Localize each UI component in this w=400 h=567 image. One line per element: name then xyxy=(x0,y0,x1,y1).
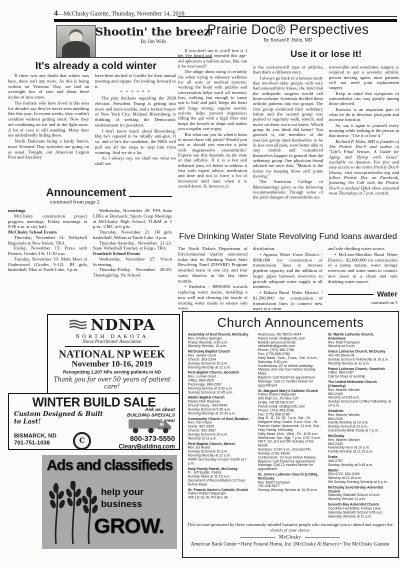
church-detail-line: Worship at 11 a.m. xyxy=(188,437,252,441)
website: ClearyBuilding.com xyxy=(119,443,175,450)
church-detail-line: Morning Worship at 11 a.m. xyxy=(188,366,252,370)
church-detail-line: Daily Mass: Tues., Thurs., Sat., 8 a.m.;… xyxy=(258,356,322,364)
church-entry: First Baptist Church, Goodrich Rev. Lonn… xyxy=(188,371,252,394)
church-entry: Goodrich Rev. Warren Winsler884-2440Fami… xyxy=(328,409,392,432)
announcement-item: Thursday-Friday, November 28-29: Thanksg… xyxy=(93,267,172,278)
article-paragraph: So, say it again to yourself every morni… xyxy=(329,123,399,139)
article-paragraph: • Agassiz Water Users District - $996,00… xyxy=(253,251,323,289)
church-detail-line: Call for times of worship xyxy=(328,375,392,379)
church-entry: St. Martin Lutheran Church, Anamoose Rev… xyxy=(328,333,392,349)
winter-ad-subtitle: Custom Designed & Built to Last! xyxy=(14,410,112,425)
article-paragraph: irreversible and sometimes surgery is re… xyxy=(329,64,399,90)
church-lines: Rev. Warren Winsler884-2440Family Worshi… xyxy=(328,413,392,433)
cleary-logo-icon: C xyxy=(73,432,91,450)
sponsor-text: This section sponsored by these communit… xyxy=(187,522,393,533)
church-detail-line: Worship Service, 10 a.m. xyxy=(188,345,252,349)
church-detail-line: Marriage: Call 12 months before for appo… xyxy=(258,464,322,472)
article-paragraph: The North Dakota Department of Environme… xyxy=(178,246,248,284)
church-entry: Grace Lutheran Church, McClusky 402 4th … xyxy=(328,350,392,366)
prairie-doc-byline: By Richard P. Holm, MD xyxy=(178,38,398,44)
church-lines: Rev. Warren Winsler884-2440Fellowship Ho… xyxy=(328,438,392,454)
article-paragraph: is the cool-yet-stiff type of arthritis,… xyxy=(253,64,323,74)
article-paragraph: If there was any doubt that winter was h… xyxy=(8,73,89,100)
article-paragraph: If you don't use it, you'll lose it. I b… xyxy=(178,48,247,69)
ndnpa-org-line2: Nurse Practitioner Association xyxy=(48,340,176,345)
announcement-title: Announcement xyxy=(46,188,126,199)
ndnpa-headline: NATIONAL NP WEEK xyxy=(48,348,176,359)
church-detail-line: Sundays: 10:30 a.m., 2nd and 4th Sunday … xyxy=(258,448,322,456)
church-entry: Drake 465-2787Sunday Worship at 9:45 a.m… xyxy=(328,456,392,468)
church-detail-line: Sunday School and Coffee Fellowship at 1… xyxy=(328,400,392,408)
church-detail-line: Saturday Worship at 11 a.m. xyxy=(328,515,392,519)
article-paragraph: Exercise is an important part of what we… xyxy=(329,107,399,123)
announcement-item: Thursday-Saturday, November 21-23: State… xyxy=(93,240,172,251)
announcement-item: Thursday, November 21: JH girls basketba… xyxy=(93,230,172,241)
church-title: Church Announcements xyxy=(183,315,398,330)
article-paragraph: As I always say, we shall see what we sh… xyxy=(95,156,176,167)
issue-line: —McClusky Gazette, Thursday, November 14… xyxy=(58,10,185,17)
church-entry: First Baptist Church, Mercer Rev. Ed Aud… xyxy=(188,442,252,465)
announcement-rule xyxy=(129,196,172,197)
church-detail-line: Family Worship at 11:15 a.m. xyxy=(328,450,392,454)
church-entry: Seventh-Day Adventist Church Goodrich-Hu… xyxy=(328,503,392,519)
church-entry: The United Methodist Church (Chaseley) R… xyxy=(328,381,392,408)
jump-note: continued on 5 xyxy=(328,299,398,304)
ndnpa-acronym: NDNPA xyxy=(91,318,156,333)
church-entry: Community Church of God, Bowdon Rev. Tom… xyxy=(188,417,252,440)
breeze-article: If there was any doubt that winter was h… xyxy=(8,73,176,186)
church-lines: Rev. Charles SpringerPraise Worship, 9:3… xyxy=(188,337,252,349)
church-detail-line: Worship Service 11 a.m. xyxy=(328,498,392,502)
announcement-item: Friday, November 15: Pizza with Parents,… xyxy=(8,246,87,257)
grow-ad-line1: Ads and classifieds xyxy=(42,457,177,474)
truck-photo xyxy=(127,417,175,434)
church-lines: Rev. Ed AudetSunday School at 10 a.m.Mor… xyxy=(188,446,252,466)
announcement-item: Wednesday, November 27: Vision Screening… xyxy=(93,256,172,267)
church-entry: Martin 534-4720, 534-3445Worship at 11:1… xyxy=(328,469,392,485)
sponsor-town-row: McClusky xyxy=(187,534,393,540)
prairie-doc-article: If you don't use it, you'll lose it. I b… xyxy=(178,48,399,229)
water-column-3: and safe drinking water source.• McLean-… xyxy=(328,246,398,284)
winter-build-sale-ad: WINTER BUILD SALE Custom Designed & Buil… xyxy=(8,393,180,450)
church-lines: 402 4th Street W.Sunday School & Fellows… xyxy=(328,354,392,366)
church-entry: Anamoose, ND 58710-0044Parish email: sfx… xyxy=(258,333,322,388)
article-paragraph: • Enderlin - $898,000 towards replacing … xyxy=(178,284,248,311)
church-name: St. John's Lutheran Church (LCMS), McClu… xyxy=(258,473,322,481)
church-lines: Saturday Sabbath School 10 a.m.Worship S… xyxy=(328,494,392,502)
article-paragraph: and safe drinking water source. xyxy=(328,246,398,251)
church-lines: Rev. Lonnie GroutOffice: 884-2525Parsona… xyxy=(188,375,252,395)
church-detail-line: 5th Sunday Evening Worship at 6 p.m. xyxy=(328,480,392,484)
breeze-column-1: If there was any doubt that winter was h… xyxy=(8,73,89,167)
church-entry: St. Francis Xavier's Catholic Church Fat… xyxy=(188,488,252,500)
article-paragraph: I always go back to a famous study that … xyxy=(253,75,323,178)
church-detail-line: Bulletin announcements: sfxbulletin@gond… xyxy=(258,341,322,349)
ndnpa-tagline: Recognizing 1,207 NPs serving patients i… xyxy=(48,370,176,375)
announcement-continued: continued from page 2 xyxy=(50,199,160,206)
church-entry: McClusky Baptist Church Rev. James Grout… xyxy=(188,350,252,370)
article-paragraph: The plot thickens regarding the 2020 ele… xyxy=(95,96,176,128)
church-lines: 534-4720, 534-3445Worship at 11:15 a.m.5… xyxy=(328,473,392,485)
church-entry: Martin Baptist Church Pastor Rick Rayman… xyxy=(188,396,252,416)
church-footer: This section sponsored by these communit… xyxy=(187,522,393,555)
town-rule-left xyxy=(240,537,275,538)
article-paragraph: • McLean-Sheridan Rural Water District -… xyxy=(328,251,398,283)
prairie-column-1: If you don't use it, you'll lose it. I b… xyxy=(178,48,247,200)
church-entry: Holy Family Parish, McClusky Fr. Jeff Ep… xyxy=(188,467,252,487)
portrait-shoulders-shape xyxy=(62,41,90,58)
grow-ad-line3: business xyxy=(101,499,142,510)
church-announcements-box: Church Announcements Assembly of God Chu… xyxy=(182,311,399,558)
church-detail-line: Morning Worship at 10:30 a.m. xyxy=(188,412,252,416)
church-detail-line: Confessions 1/2 hr before weekday Masses… xyxy=(258,364,322,376)
water-column-2: distribution.• Agassiz Water Users Distr… xyxy=(253,246,323,312)
breeze-column-2: have been invited to Gackle for their an… xyxy=(95,73,176,167)
ndnpa-dates: November 10-16, 2019 xyxy=(48,359,176,368)
church-name: The United Methodist Church (Chaseley) xyxy=(328,381,392,389)
church-detail-line: Worship Service at 11 a.m. xyxy=(328,362,392,366)
sponsor-town: McClusky xyxy=(279,534,301,540)
newspaper-page: 4—McClusky Gazette, Thursday, November 1… xyxy=(0,0,400,567)
church-entry: St. Margaret Mary's Catholic Church Fath… xyxy=(258,389,322,471)
prairie-column-3: irreversible and sometimes surgery is re… xyxy=(329,64,399,200)
ndnpa-note: Thank you for over 50 years of patient c… xyxy=(48,376,176,390)
water-column-1: The North Dakota Department of Environme… xyxy=(178,246,248,312)
prairie-doc-masthead: Prairie Doc® Perspectives By Richard P. … xyxy=(178,22,398,48)
announcement-item: Thursday, November 14: Volleyball Region… xyxy=(8,235,87,246)
announcement-header: Announcement xyxy=(46,187,172,199)
church-entry: Assembly of God Church, McClusky Rev. Ch… xyxy=(188,333,252,349)
announcement-item: Wednesday, November 20: FFA State LDEs a… xyxy=(93,208,172,230)
church-lines: Rev. Matt Thompson701-426-5677Sunday Wor… xyxy=(258,481,322,493)
announcement-column-2: Wednesday, November 20: FFA State LDEs a… xyxy=(93,208,172,278)
sponsor-names: American Bank Center • Hertz Funeral Hom… xyxy=(187,541,393,547)
columnist-photo xyxy=(56,25,96,58)
grow-ad: Ads and classifieds help your business G… xyxy=(42,455,177,549)
church-detail-line: Sunday Worship Service at 10:30 a.m. xyxy=(258,489,322,493)
water-headline: Five Drinking Water State Revolving Fund… xyxy=(178,231,398,241)
flag-icon xyxy=(69,319,88,332)
top-thin-rule xyxy=(178,16,397,17)
church-entry: St. John's Lutheran Church (LCMS), McClu… xyxy=(258,473,322,493)
church-lines: Rev. Tom NanoHome: 587-2595Church: 962-3… xyxy=(188,421,252,441)
church-column-3: St. Martin Lutheran Church, Anamoose Rev… xyxy=(328,333,392,520)
church-lines: Father Robert Wapenski405 1st St. W, PO … xyxy=(188,492,252,500)
prairie-headline: Use it or lose it! xyxy=(253,49,399,60)
church-detail-line: Sunday School at 10:45 a.m. xyxy=(188,391,252,395)
jump-word: Water xyxy=(377,290,398,299)
article-paragraph: Richard P. Holm, MD is founder of The Pr… xyxy=(329,139,399,196)
church-entry: McClusky Rev. Warren Winsler884-2440Fell… xyxy=(328,434,392,454)
article-paragraph: The adage about using it certainly fits … xyxy=(178,69,247,131)
church-lines: Rev. Warren Winsler884-2440Worship at 8:… xyxy=(328,388,392,408)
jump-line: Water xyxy=(328,290,398,299)
water-article: The North Dakota Department of Environme… xyxy=(178,246,398,313)
grow-ad-line4: GROW. xyxy=(94,514,164,538)
breeze-headline: It's already a cold winter xyxy=(6,60,186,72)
church-lines: Goodrich-Hurdsfield, Forbes LaneSaturday… xyxy=(328,507,392,519)
article-paragraph: have been invited to Gackle for their an… xyxy=(95,73,176,89)
church-lines: Rev. Matt ThompsonWorship at 9 a.m. xyxy=(328,341,392,349)
article-paragraph: I don't know much about Bloomberg. But h… xyxy=(95,128,176,155)
ndnpa-ad: NDNPA NORTH DAKOTA Nurse Practitioner As… xyxy=(47,314,180,394)
church-lines: Office: 884-2287Call for times of worshi… xyxy=(328,371,392,379)
announcement-item: McClusky construction project progress m… xyxy=(8,213,87,229)
announcement-body: meetingsMcClusky construction project pr… xyxy=(8,208,172,314)
winter-ad-city-phone: BISMARCK, ND 701-751-1038 xyxy=(14,433,56,447)
church-detail-line: AWM: last Sunday of each month at 7 p.m. xyxy=(188,458,252,466)
toll-free-phone: 800-373-5550 xyxy=(119,435,175,443)
church-detail-line: Worship at 9 a.m. xyxy=(328,345,392,349)
church-detail-line: Sunday Worship at 9:45 a.m. xyxy=(328,463,392,467)
church-detail-line: 405 1st St. W, PO Box 46 xyxy=(188,496,252,500)
church-column-1: Assembly of God Church, McClusky Rev. Ch… xyxy=(188,333,252,520)
church-lines: Rev. James GroutChurch: 363-2294Sunday S… xyxy=(188,354,252,370)
church-entry: McClusky Seventh-day Adventist Church Sa… xyxy=(328,486,392,502)
article-paragraph: distribution. xyxy=(253,246,323,251)
grow-ad-line2: help your xyxy=(101,487,144,498)
prairie-doc-title: Prairie Doc® Perspectives xyxy=(178,22,398,38)
article-paragraph: But what can you do when it hurts to mov… xyxy=(178,132,247,189)
church-entry: Peace Lutheran Church, Goodrich Office: … xyxy=(328,367,392,379)
church-name: McClusky Seventh-day Adventist Church xyxy=(328,486,392,494)
article-paragraph: Keep in mind that symptoms of osteoarthr… xyxy=(329,91,399,107)
announcement-item: Tuesday, November 19: Math Meet at Under… xyxy=(8,256,87,272)
church-name: St. Martin Lutheran Church, Anamoose xyxy=(328,333,392,341)
prairie-column-2: is the cool-yet-stiff type of arthritis,… xyxy=(253,64,323,200)
article-paragraph: • Dakota Rural Water District - $1,500,0… xyxy=(253,290,323,312)
church-lines: Father Robert Wapenski605 Main St., PO B… xyxy=(258,393,322,471)
church-detail-line: Marriage: Call 12 months before for appo… xyxy=(258,380,322,388)
article-paragraph: The American College of Rheumatology giv… xyxy=(253,179,323,200)
church-columns: Assembly of God Church, McClusky Rev. Ch… xyxy=(188,333,392,521)
church-lines: Fr. Jeff Eppler, PastorSunday Mass at 11… xyxy=(188,471,252,487)
ndnpa-divider xyxy=(65,346,159,347)
article-paragraph: The farmers who have lived in this area … xyxy=(8,100,89,138)
cleary-logo-letter: C xyxy=(79,437,85,445)
church-lines: 465-2787Sunday Worship at 9:45 a.m. xyxy=(328,459,392,467)
church-column-2: Anamoose, ND 58710-0044Parish email: sfx… xyxy=(258,333,322,520)
article-paragraph: * * * * * * xyxy=(95,90,176,95)
announcement-column-1: meetingsMcClusky construction project pr… xyxy=(8,208,87,278)
church-lines: Anamoose, ND 58710-0044Parish email: sfx… xyxy=(258,333,322,388)
jump-rule xyxy=(328,293,373,294)
town-rule-right xyxy=(305,537,340,538)
church-detail-line: Weekends: Sat. Vigil, 7 p.m. CST; 9 a.m.… xyxy=(258,436,322,448)
church-detail-line: Community Bible Study at 7 p.m. xyxy=(328,429,392,433)
wheat-art xyxy=(46,481,98,544)
church-lines: Pastor Rick RaymanChurch Study - 693-594… xyxy=(188,400,252,416)
church-detail-line: Aug. 6, 11, 18, 25: 7 p.m. Sat - St. Mar… xyxy=(258,417,322,433)
church-detail-line: Sacrament of Reconciliation 1/2 hour bef… xyxy=(188,479,252,487)
article-paragraph: North Dakotans being a hardy bunch, most… xyxy=(8,139,89,161)
city: BISMARCK, ND xyxy=(14,433,56,440)
local-phone: 701-751-1038 xyxy=(14,440,56,447)
winter-ad-contact: 800-373-5550 ClearyBuilding.com xyxy=(119,435,175,450)
